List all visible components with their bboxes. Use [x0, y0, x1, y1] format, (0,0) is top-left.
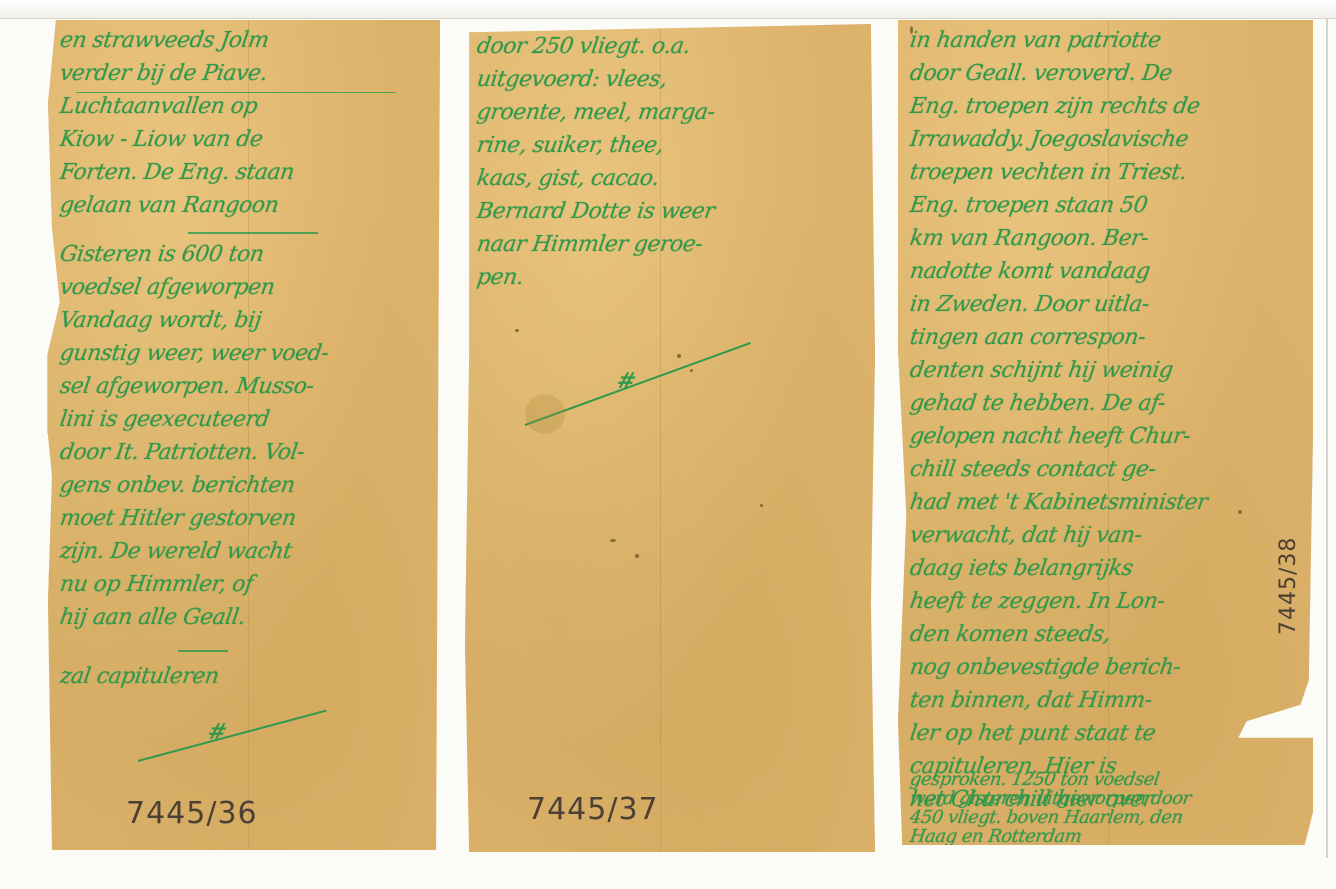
- archive-number: 7445/38: [1276, 537, 1301, 635]
- text-line: lini is geexecuteerd: [58, 403, 431, 436]
- stain-spot: [677, 354, 681, 358]
- text-line: gunstig weer, weer voed-: [58, 337, 431, 370]
- text-line: nadotte komt vandaag: [908, 255, 1304, 288]
- text-line: en strawveeds Jolm: [58, 24, 431, 57]
- stain-spot: [515, 329, 519, 332]
- mount-right-edge: [1326, 18, 1328, 858]
- underline: [76, 92, 396, 93]
- text-line: gelaan van Rangoon: [58, 189, 431, 222]
- sheet-middle: door 250 vliegt. o.a. uitgevoerd: vlees,…: [465, 24, 875, 852]
- text-line: pen.: [475, 261, 866, 294]
- stain-spot: [690, 369, 693, 372]
- sheet-left-text: en strawveeds Jolm verder bij de Piave. …: [48, 24, 440, 222]
- stain-spot: [910, 26, 913, 34]
- text-line: werd gisteren uitgeworpen door: [909, 789, 1303, 808]
- text-line: in handen van patriotte: [908, 24, 1304, 57]
- text-line: Irrawaddy. Joegoslavische: [908, 123, 1304, 156]
- signature-stroke: [138, 710, 327, 762]
- stain-spot: [635, 554, 639, 558]
- text-line: ler op het punt staat te: [908, 717, 1304, 750]
- water-stain: [525, 394, 565, 434]
- text-line: zal capituleren: [58, 660, 431, 693]
- archive-number: 7445/37: [527, 792, 659, 827]
- document-scan: en strawveeds Jolm verder bij de Piave. …: [0, 0, 1336, 889]
- text-line: had met 't Kabinetsminister: [908, 486, 1304, 519]
- text-line: door It. Patriotten. Vol-: [58, 436, 431, 469]
- text-line: groente, meel, marga-: [475, 96, 866, 129]
- text-line: km van Rangoon. Ber-: [908, 222, 1304, 255]
- text-line: tingen aan correspon-: [908, 321, 1304, 354]
- text-line: denten schijnt hij weinig: [908, 354, 1304, 387]
- text-line: Bernard Dotte is weer: [475, 195, 866, 228]
- text-line: heeft te zeggen. In Lon-: [908, 585, 1304, 618]
- text-line: Eng. troepen staan 50: [908, 189, 1304, 222]
- text-line: door 250 vliegt. o.a.: [475, 30, 866, 63]
- text-line: daag iets belangrijks: [908, 552, 1304, 585]
- text-line: ten binnen, dat Himm-: [908, 684, 1304, 717]
- signature-mark: #: [614, 369, 639, 394]
- stain-spot: [610, 539, 616, 542]
- text-line: gelopen nacht heeft Chur-: [908, 420, 1304, 453]
- text-line: Eng. troepen zijn rechts de: [908, 90, 1304, 123]
- sheet-right-text-tail: gesproken. 1250 ton voedsel werd gistere…: [898, 770, 1313, 845]
- text-line: Luchtaanvallen op: [58, 90, 431, 123]
- sheet-left-text-3: zal capituleren: [48, 660, 440, 693]
- text-line: rine, suiker, thee,: [475, 129, 866, 162]
- text-line: gesproken. 1250 ton voedsel: [909, 770, 1303, 789]
- text-line: voedsel afgeworpen: [58, 271, 431, 304]
- text-line: zijn. De wereld wacht: [58, 535, 431, 568]
- sheet-left: en strawveeds Jolm verder bij de Piave. …: [48, 20, 440, 850]
- text-line: gehad te hebben. De af-: [908, 387, 1304, 420]
- sheet-right: in handen van patriotte door Geall. vero…: [898, 20, 1313, 845]
- text-line: uitgevoerd: vlees,: [475, 63, 866, 96]
- text-line: verder bij de Piave.: [58, 57, 431, 90]
- text-line: Vandaag wordt, bij: [58, 304, 431, 337]
- text-line: Forten. De Eng. staan: [58, 156, 431, 189]
- text-line: kaas, gist, cacao.: [475, 162, 866, 195]
- sheet-right-text: in handen van patriotte door Geall. vero…: [898, 24, 1313, 816]
- text-line: nu op Himmler, of: [58, 568, 431, 601]
- archive-number: 7445/36: [126, 796, 258, 831]
- text-line: nog onbevestigde berich-: [908, 651, 1304, 684]
- underline: [178, 650, 228, 652]
- text-line: 450 vliegt. boven Haarlem, den: [909, 808, 1303, 827]
- text-line: chill steeds contact ge-: [908, 453, 1304, 486]
- text-line: moet Hitler gestorven: [58, 502, 431, 535]
- text-line: in Zweden. Door uitla-: [908, 288, 1304, 321]
- text-line: door Geall. veroverd. De: [908, 57, 1304, 90]
- text-line: troepen vechten in Triest.: [908, 156, 1304, 189]
- stain-spot: [760, 504, 763, 507]
- text-line: hij aan alle Geall.: [58, 601, 431, 634]
- text-line: den komen steeds,: [908, 618, 1304, 651]
- text-line: verwacht, dat hij van-: [908, 519, 1304, 552]
- text-line: Haag en Rotterdam: [909, 827, 1303, 845]
- sheet-middle-text: door 250 vliegt. o.a. uitgevoerd: vlees,…: [465, 30, 875, 294]
- mount-top-edge: [0, 0, 1336, 19]
- text-line: gens onbev. berichten: [58, 469, 431, 502]
- text-line: Gisteren is 600 ton: [58, 238, 431, 271]
- signature-mark: #: [205, 720, 230, 745]
- text-line: naar Himmler geroe-: [475, 228, 866, 261]
- text-line: Kiow - Liow van de: [58, 123, 431, 156]
- sheet-left-text-2: Gisteren is 600 ton voedsel afgeworpen V…: [48, 238, 440, 634]
- text-line: sel afgeworpen. Musso-: [58, 370, 431, 403]
- section-divider: [188, 232, 318, 234]
- stain-spot: [1238, 510, 1242, 514]
